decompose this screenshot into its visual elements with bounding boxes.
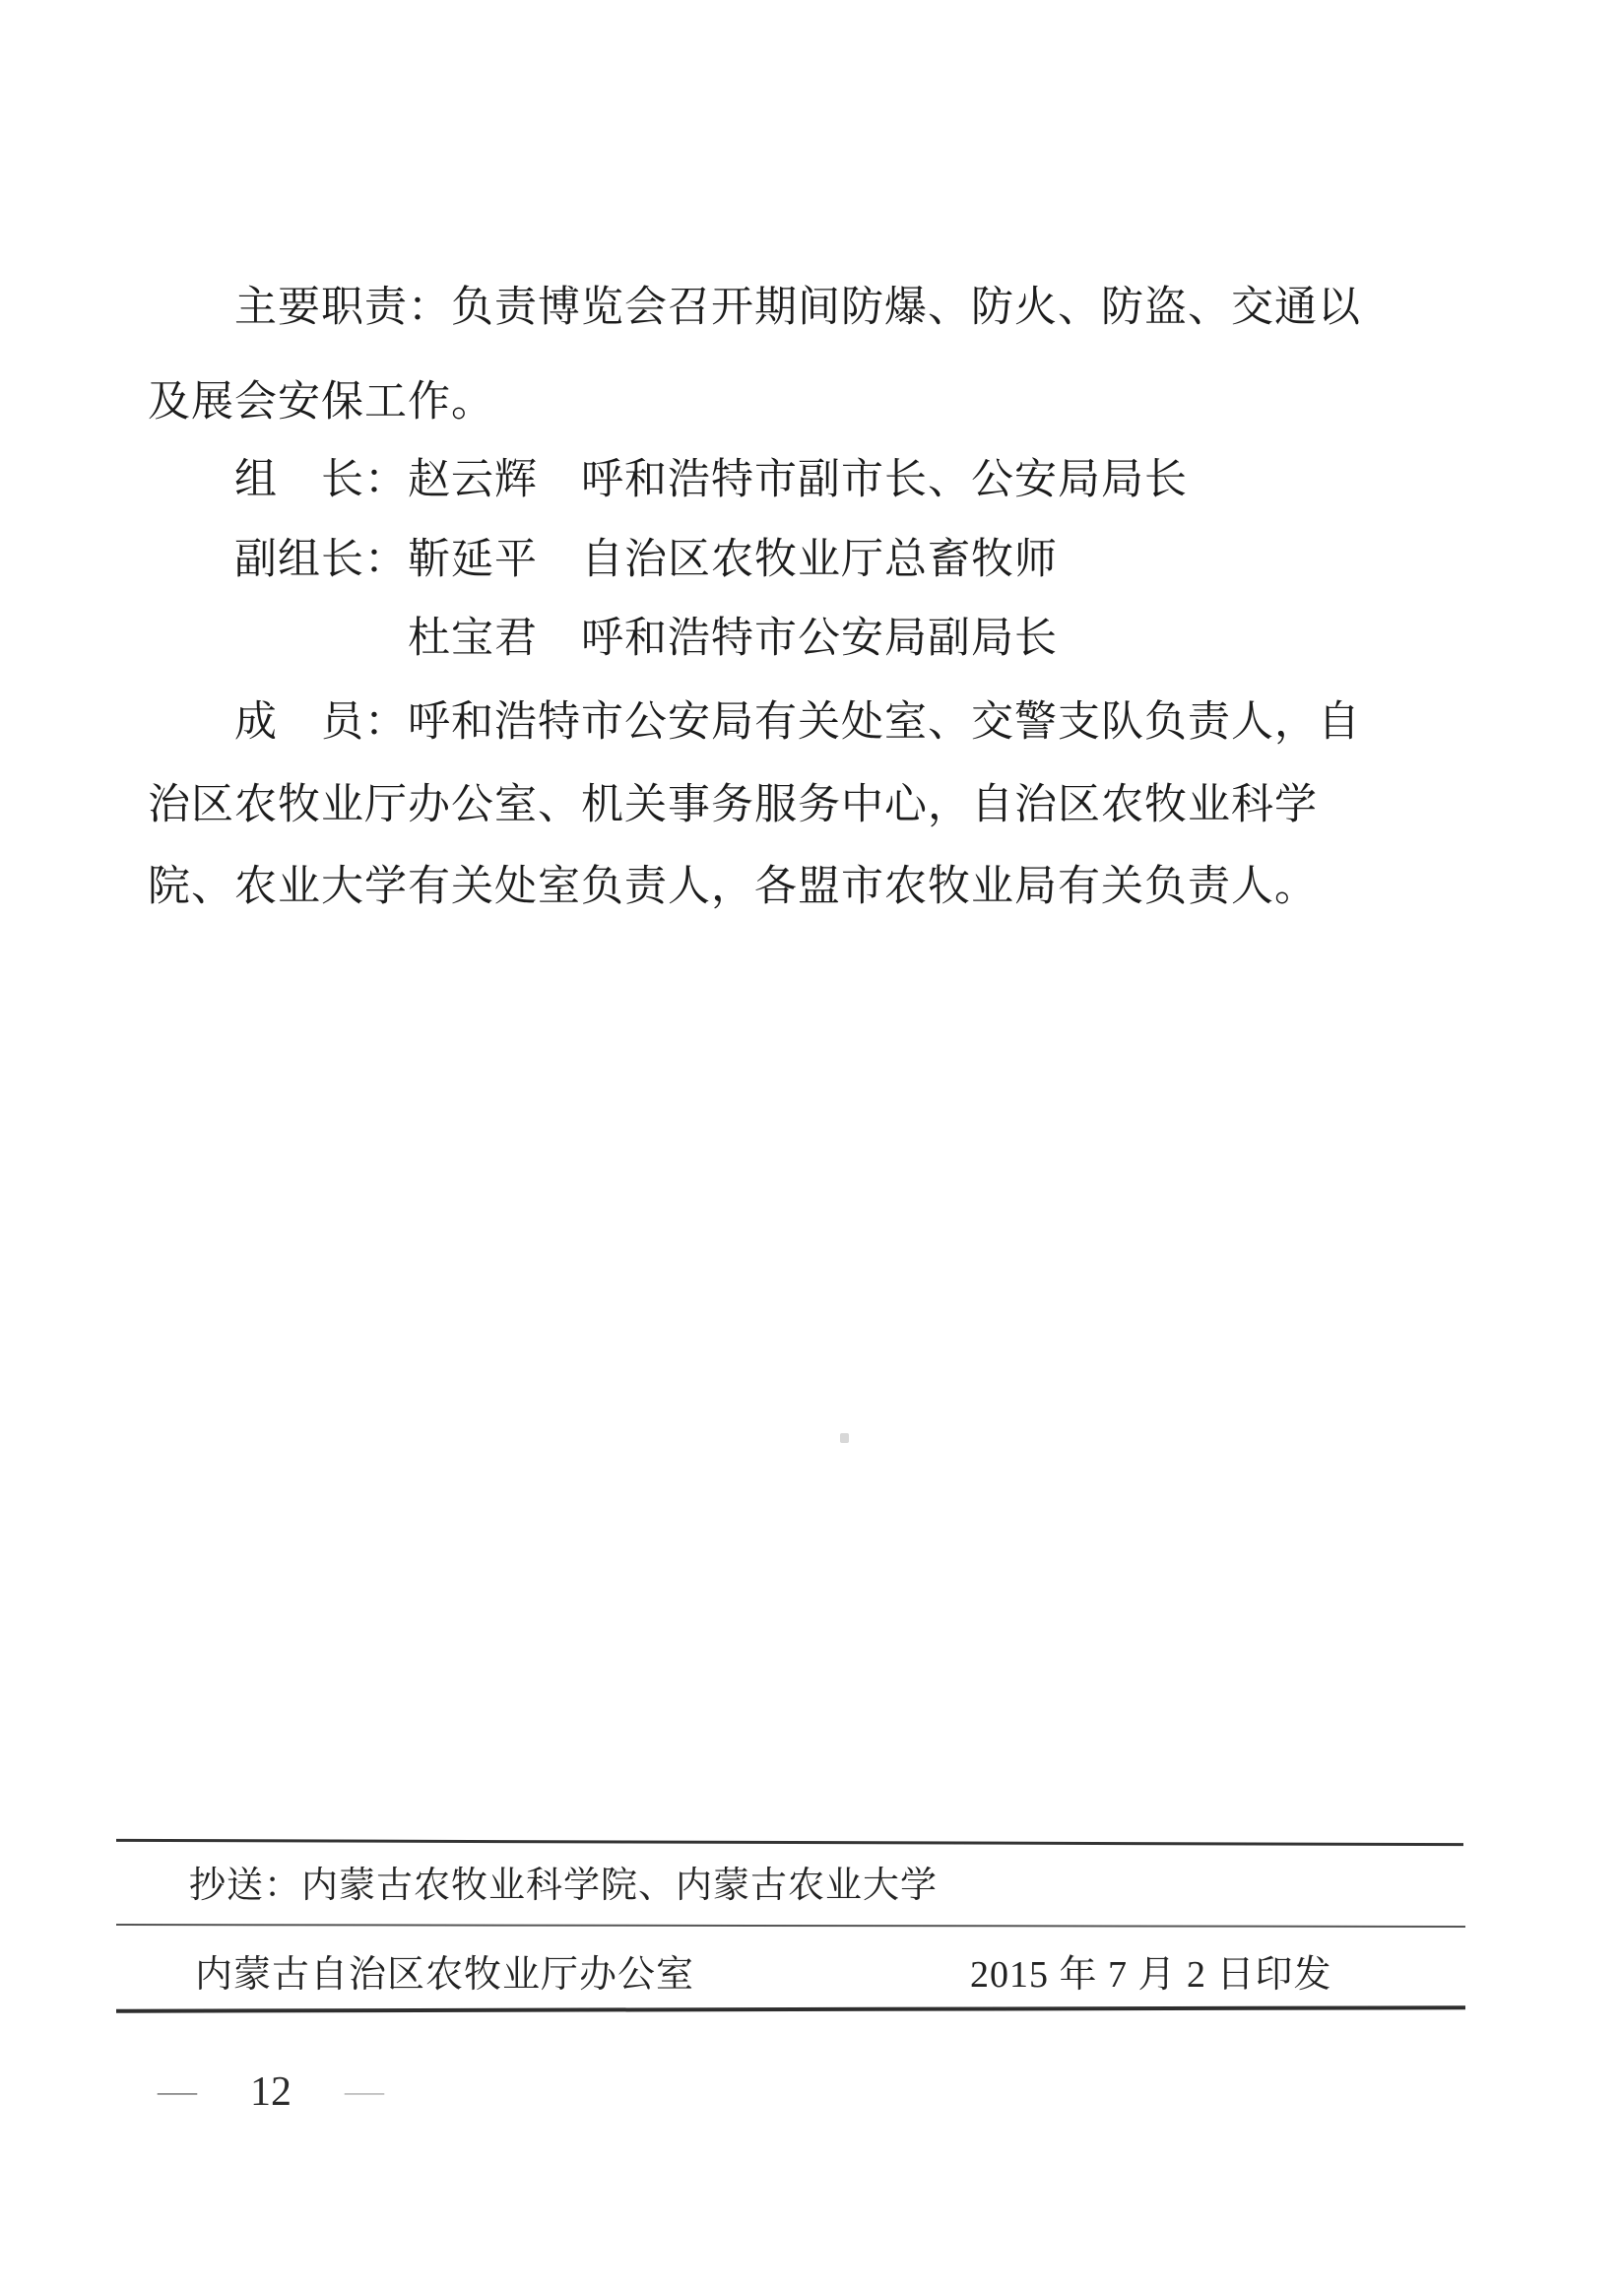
page-number-value: 12 [250, 2068, 292, 2116]
footer-rule-middle [116, 1924, 1465, 1928]
body-line-duties-2: 及展会安保工作。 [148, 378, 494, 427]
body-line-members-2: 治区农牧业厅办公室、机关事务服务中心，自治区农牧业科学 [148, 781, 1318, 830]
page-number-dash-right: — [345, 2079, 384, 2105]
body-line-duties-1: 主要职责：负责博览会召开期间防爆、防火、防盗、交通以 [234, 284, 1361, 333]
body-line-members-3: 院、农业大学有关处室负责人，各盟市农牧业局有关负责人。 [148, 863, 1318, 912]
body-line-deputy-leader-1: 副组长：靳延平 自治区农牧业厅总畜牧师 [234, 536, 1058, 585]
body-line-deputy-leader-2: 杜宝君 呼和浩特市公安局副局长 [408, 615, 1058, 664]
document-page: 主要职责：负责博览会召开期间防爆、防火、防盗、交通以 及展会安保工作。 组 长：… [0, 0, 1621, 2296]
print-date: 2015 年 7 月 2 日印发 [970, 1952, 1332, 1998]
footer-rule-top [116, 1839, 1463, 1846]
scan-speck [840, 1433, 849, 1443]
page-number: — 12 — [158, 2068, 384, 2116]
footer-rule-bottom [116, 2005, 1465, 2013]
body-line-leader: 组 长：赵云辉 呼和浩特市副市长、公安局局长 [234, 456, 1188, 505]
page-number-dash-left: — [158, 2079, 197, 2105]
issuer-line: 内蒙古自治区农牧业厅办公室 [195, 1952, 694, 1998]
body-line-members-1: 成 员：呼和浩特市公安局有关处室、交警支队负责人，自 [234, 698, 1361, 748]
cc-line: 抄送：内蒙古农牧业科学院、内蒙古农业大学 [189, 1865, 938, 1908]
